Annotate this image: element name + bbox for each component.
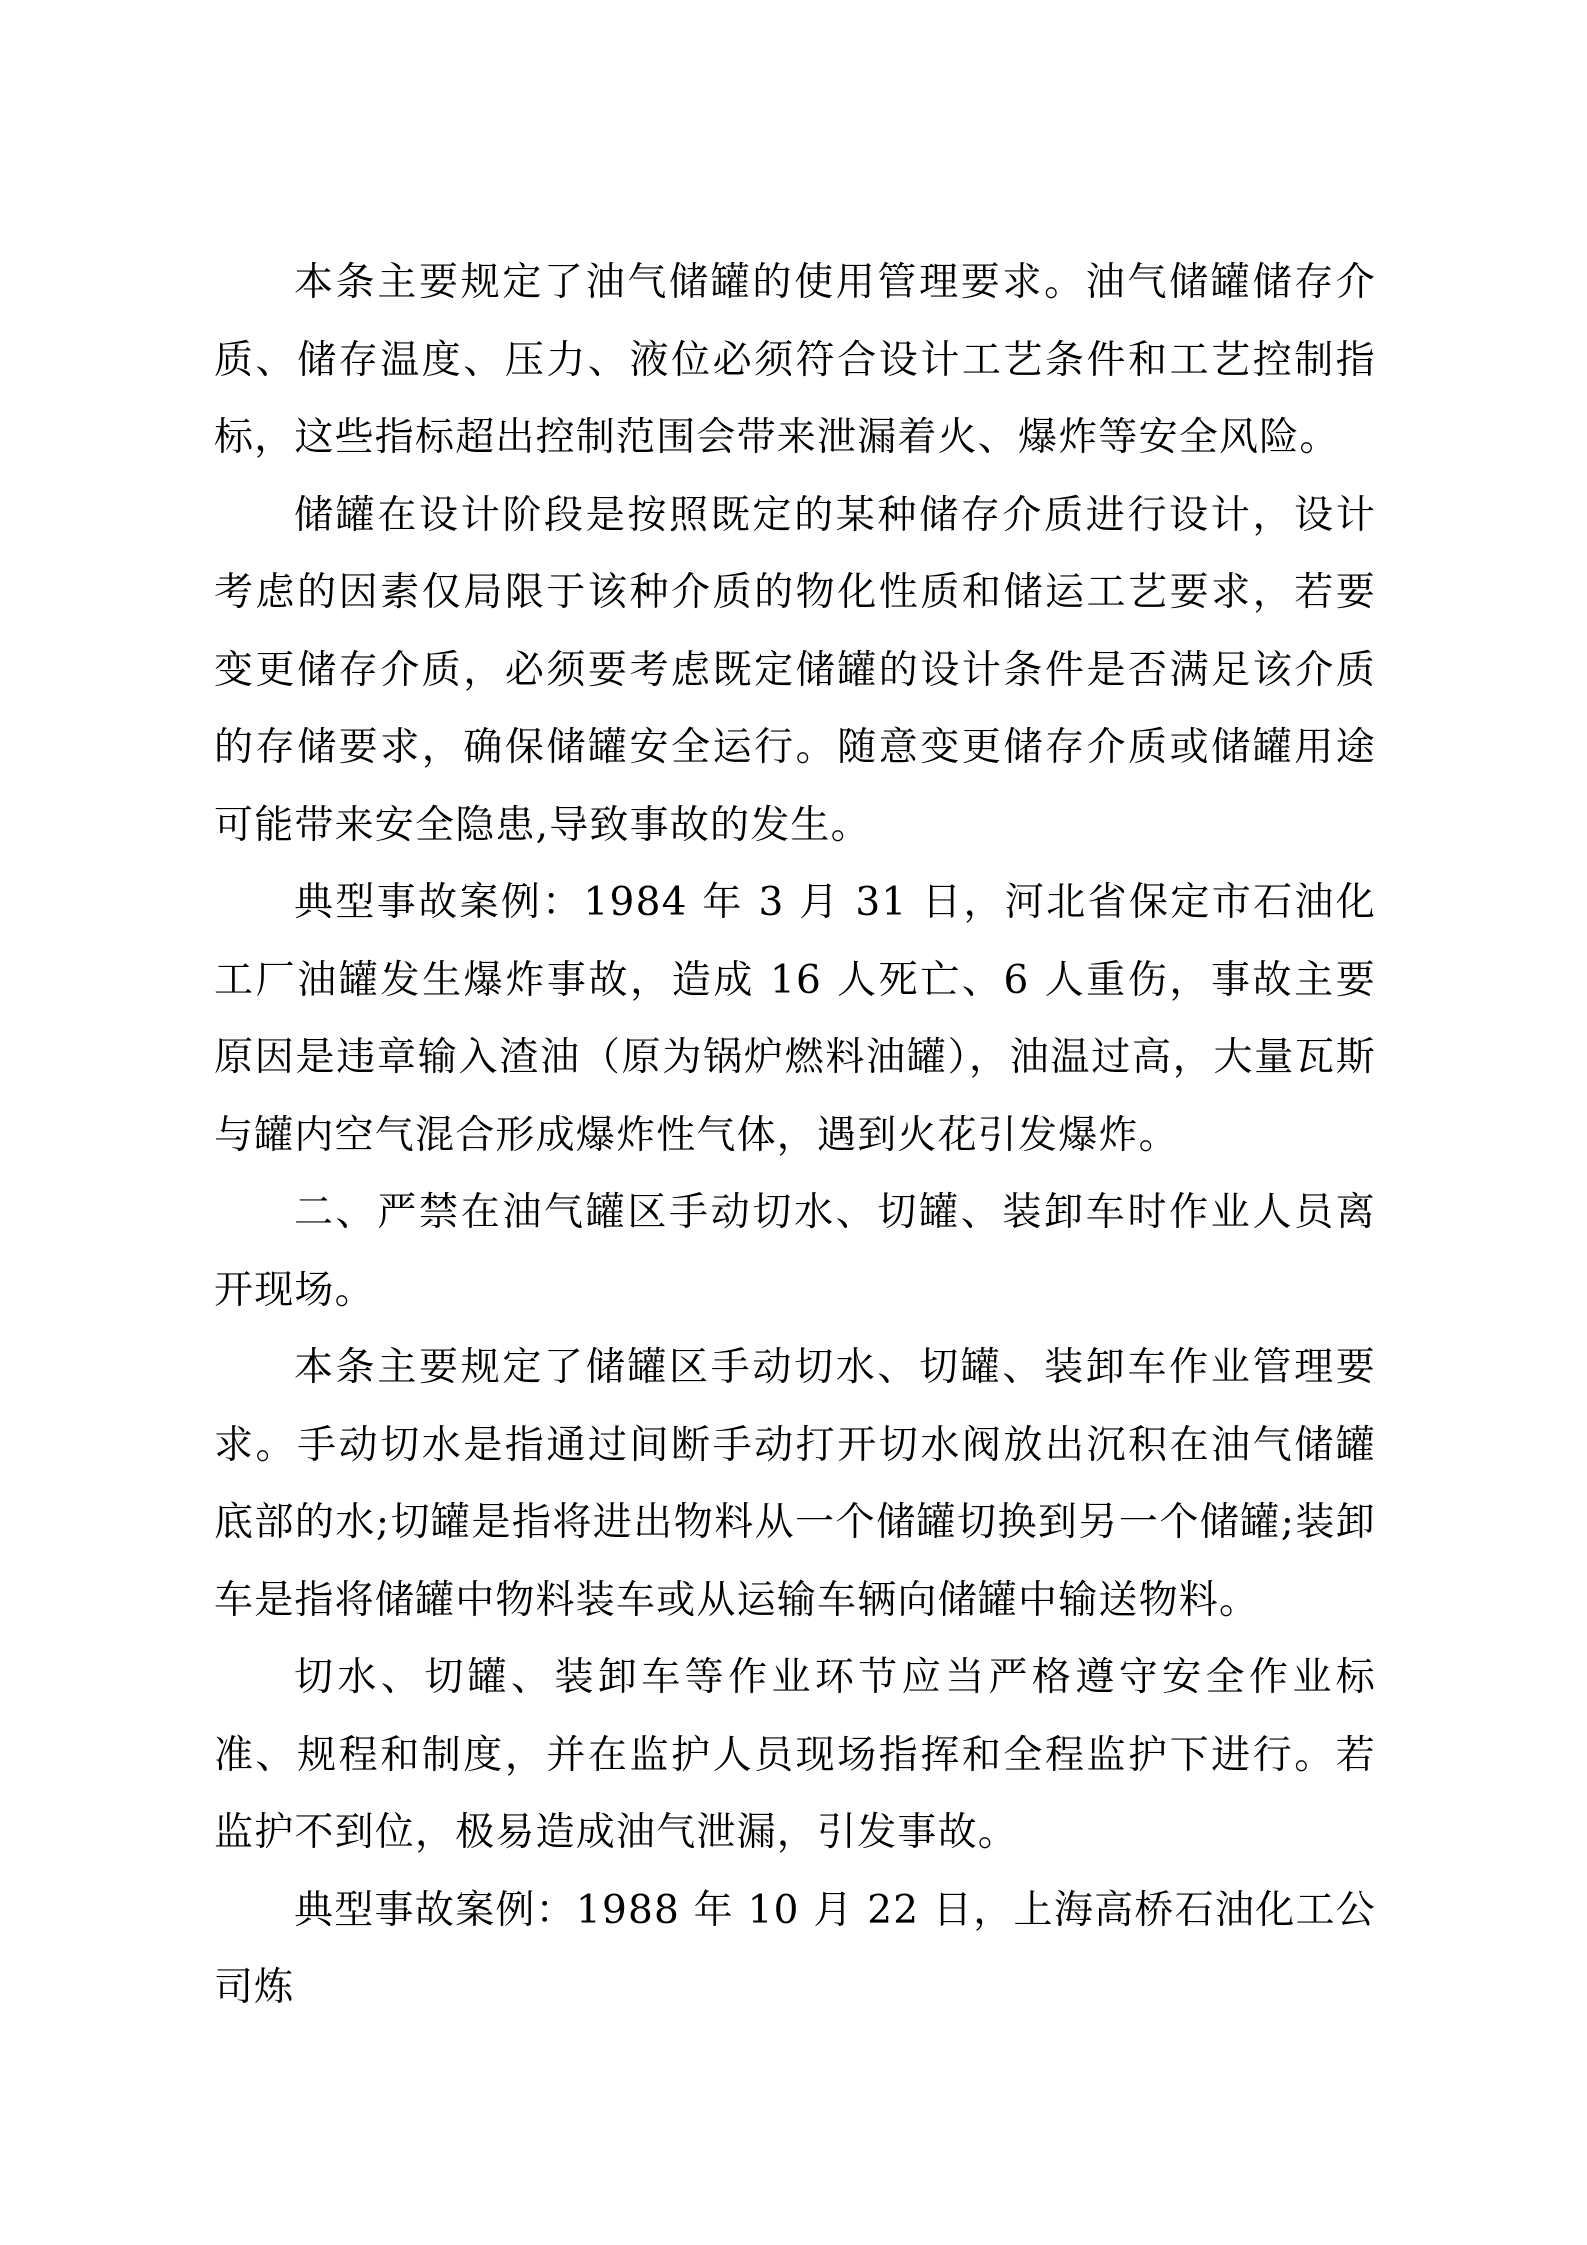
paragraph-design-medium: 储罐在设计阶段是按照既定的某种储存介质进行设计，设计考虑的因素仅局限于该种介质的… [214, 477, 1376, 865]
paragraph-tank-operations-definition: 本条主要规定了储罐区手动切水、切罐、装卸车作业管理要求。手动切水是指通过间断手动… [214, 1329, 1376, 1639]
paragraph-accident-case-1984: 典型事故案例：1984 年 3 月 31 日，河北省保定市石油化工厂油罐发生爆炸… [214, 864, 1376, 1174]
document-page: 本条主要规定了油气储罐的使用管理要求。油气储罐储存介质、储存温度、压力、液位必须… [214, 244, 1376, 2027]
paragraph-usage-requirements: 本条主要规定了油气储罐的使用管理要求。油气储罐储存介质、储存温度、压力、液位必须… [214, 244, 1376, 477]
paragraph-supervision-requirement: 切水、切罐、装卸车等作业环节应当严格遵守安全作业标准、规程和制度，并在监护人员现… [214, 1639, 1376, 1872]
section-heading-rule-two: 二、严禁在油气罐区手动切水、切罐、装卸车时作业人员离开现场。 [214, 1174, 1376, 1329]
paragraph-accident-case-1988: 典型事故案例：1988 年 10 月 22 日，上海高桥石油化工公司炼 [214, 1872, 1376, 2027]
